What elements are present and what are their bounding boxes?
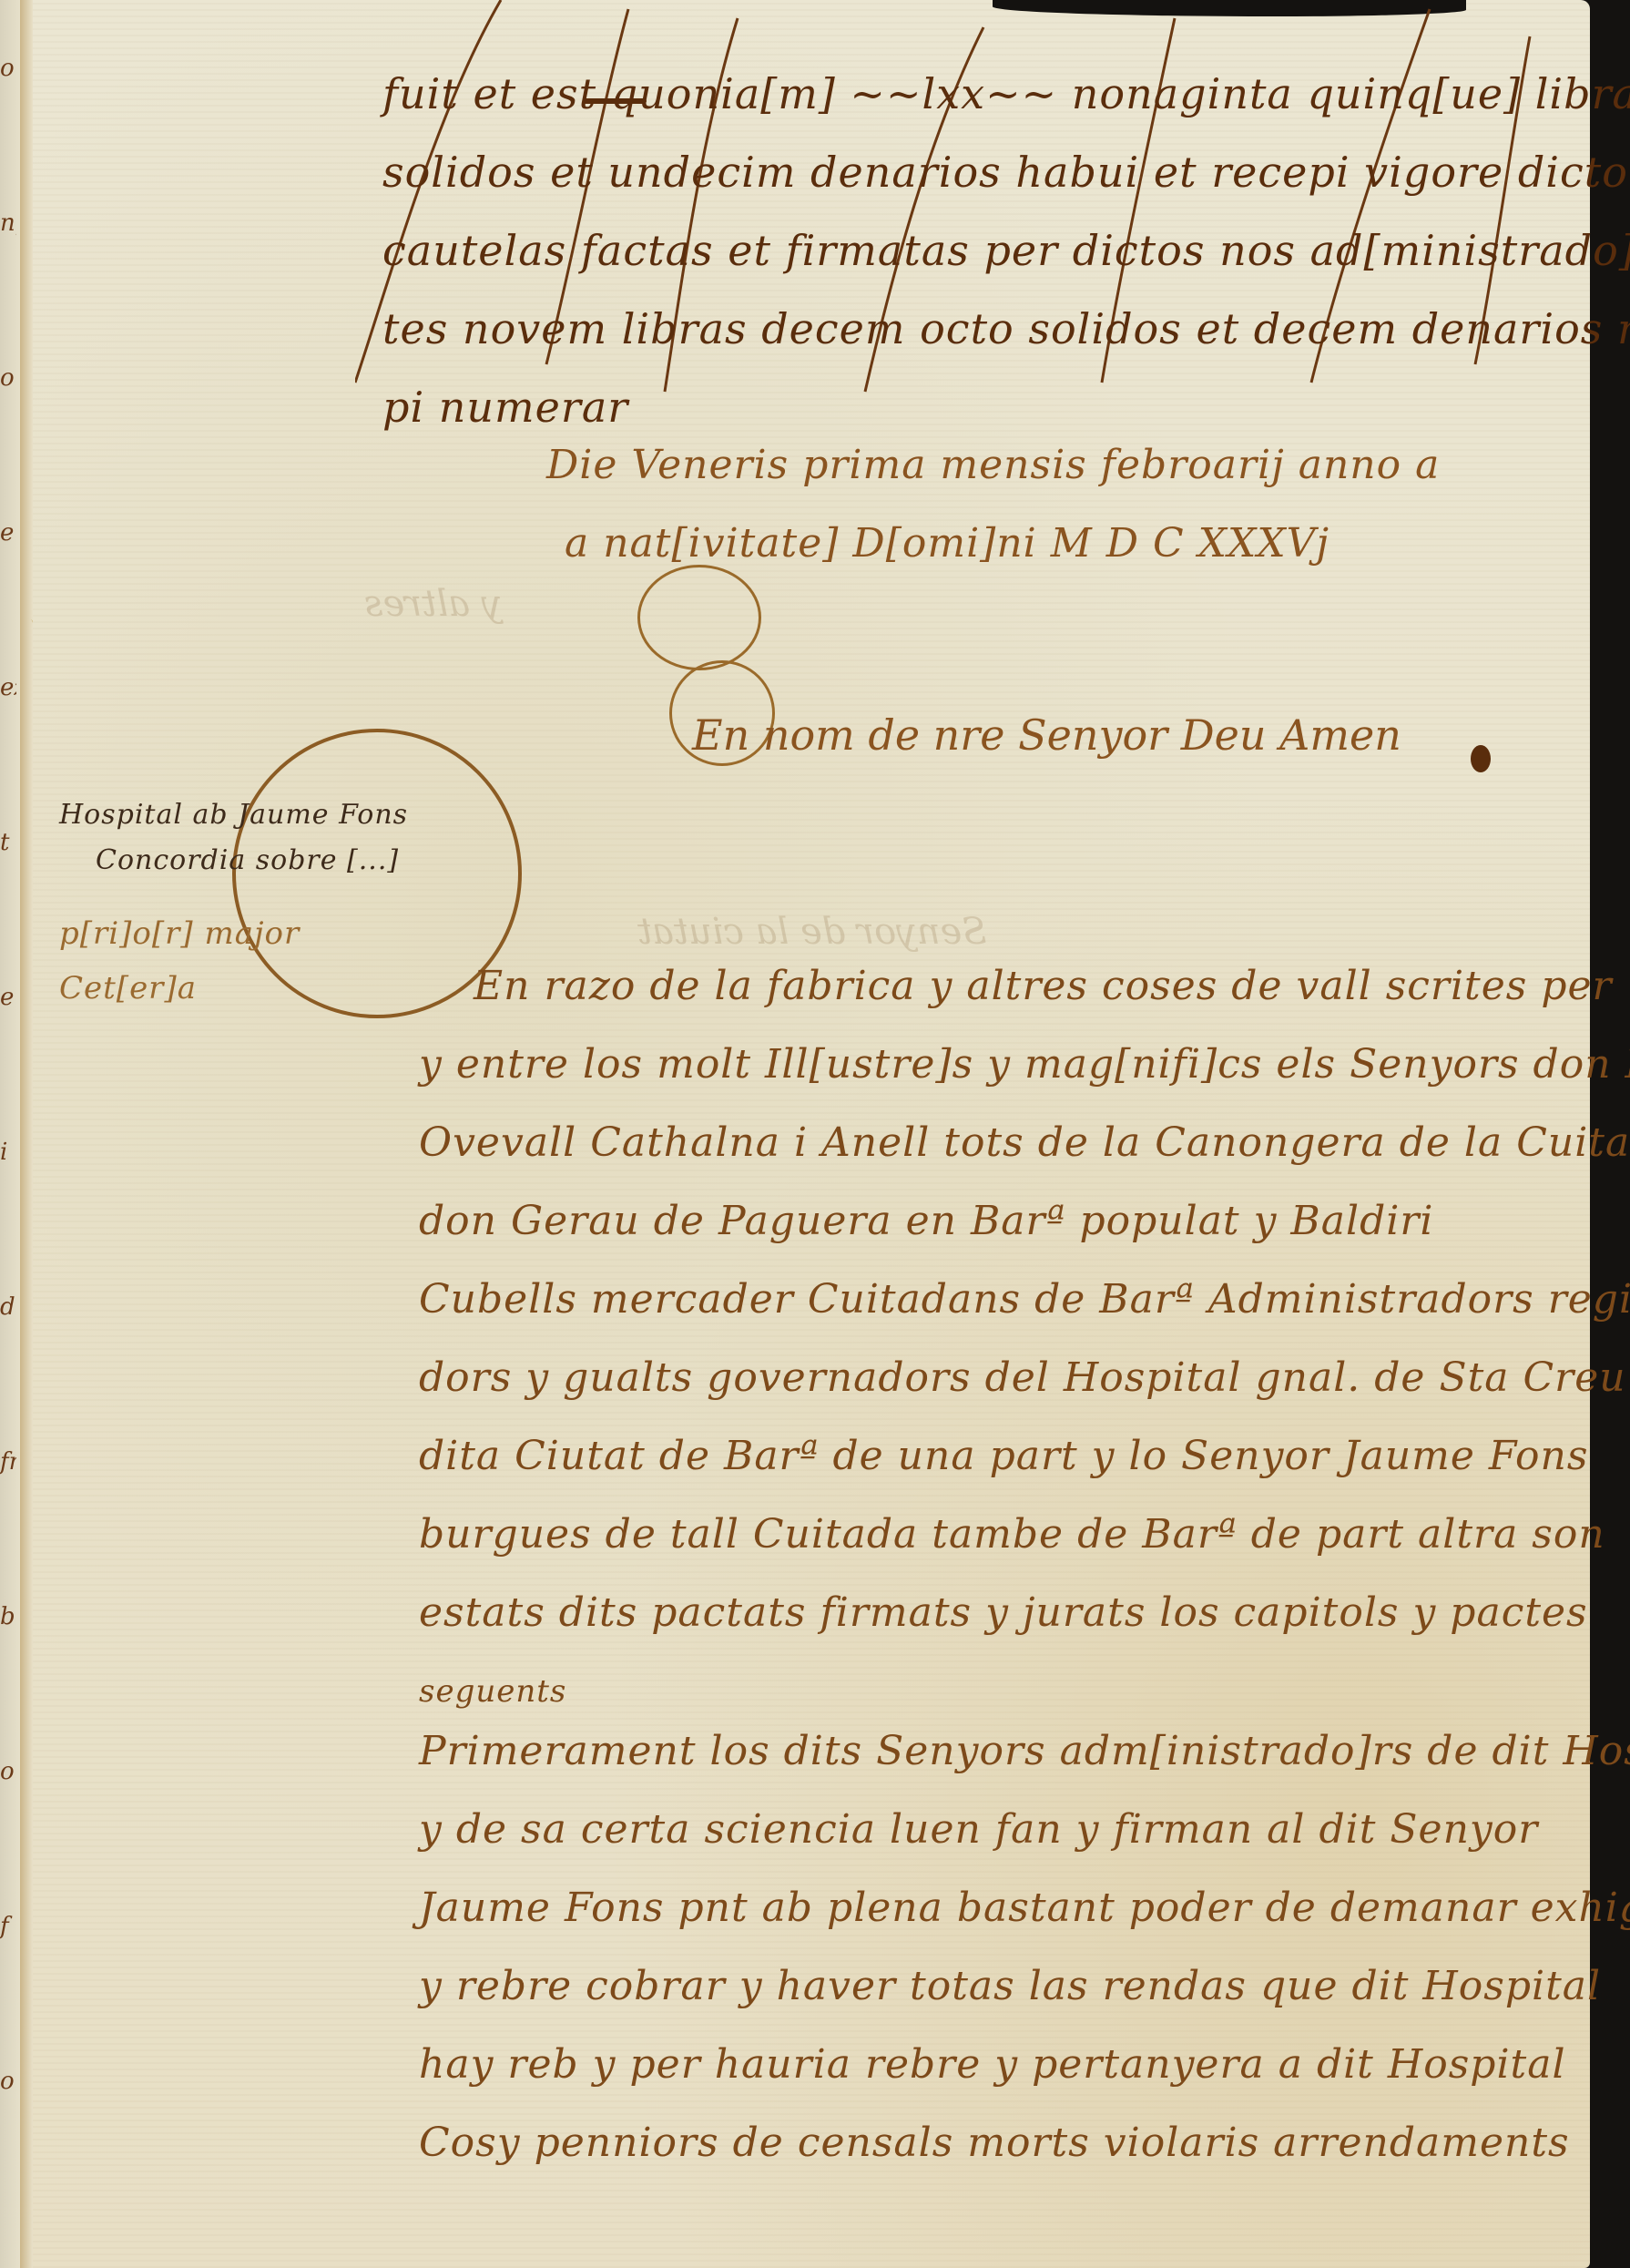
facing-page-fragment: fr bbox=[0, 1448, 16, 1476]
text-line: burgues de tall Cuitada tambe de Barª de… bbox=[419, 1496, 1630, 1574]
date-line: Die Veneris prima mensis febroarij anno … bbox=[546, 426, 1440, 505]
invocation-line: En nom de nre Senyor Deu Amen bbox=[692, 710, 1401, 760]
facing-page-fragment: o bbox=[0, 364, 16, 392]
agreement-body: En razo de la fabrica y altres coses de … bbox=[419, 947, 1630, 1731]
text-line: En razo de la fabrica y altres coses de … bbox=[419, 947, 1630, 1026]
binding-gutter bbox=[20, 0, 33, 2268]
text-line: Jaume Fons pnt ab plena bastant poder de… bbox=[419, 1869, 1630, 1947]
facing-page-fragment: d. bbox=[0, 1293, 16, 1321]
text-line: Primerament los dits Senyors adm[inistra… bbox=[419, 1712, 1630, 1791]
facing-page-fragment: ez bbox=[0, 674, 16, 701]
margin-note-subline: Cet[er]a bbox=[59, 965, 408, 1011]
text-line: fuit et est quonia[m] ~~lxx~~ nonaginta … bbox=[382, 55, 1630, 133]
facing-page-fragment: t bbox=[0, 829, 16, 856]
text-line: don Gerau de Paguera en Barª populat y B… bbox=[419, 1182, 1630, 1261]
bleedthrough-text: y altres bbox=[364, 583, 502, 625]
facing-page-fragment: ng bbox=[0, 209, 16, 237]
facing-page-edge: ongoeezteid.frb.ofo bbox=[0, 0, 22, 2268]
text-line: y rebre cobrar y haver totas las rendas … bbox=[419, 1947, 1630, 2026]
facing-page-fragment: o bbox=[0, 1758, 16, 1785]
struck-word bbox=[583, 98, 647, 104]
facing-page-fragment: o bbox=[0, 55, 16, 82]
ink-blot bbox=[1471, 745, 1491, 772]
margin-note: Hospital ab Jaume Fons Concordia sobre [… bbox=[59, 792, 408, 1011]
text-line: solidos et undecim denarios habui et rec… bbox=[382, 133, 1630, 211]
text-line: tes novem libras decem octo solidos et d… bbox=[382, 290, 1630, 368]
text-line: y de sa certa sciencia luen fan y firman… bbox=[419, 1791, 1630, 1869]
first-article: Primerament los dits Senyors adm[inistra… bbox=[419, 1712, 1630, 2182]
text-line: Ovevall Cathalna i Anell tots de la Cano… bbox=[419, 1104, 1630, 1182]
facing-page-fragment: b. bbox=[0, 1603, 16, 1630]
text-line: Cosy penniors de censals morts violaris … bbox=[419, 2104, 1630, 2182]
margin-note-subline: p[ri]o[r] major bbox=[59, 911, 408, 956]
margin-note-line: Hospital ab Jaume Fons bbox=[59, 792, 408, 838]
decorative-flourish bbox=[637, 565, 761, 670]
text-line: hay reb y per hauria rebre y pertanyera … bbox=[419, 2026, 1630, 2104]
date-heading: Die Veneris prima mensis febroarij anno … bbox=[546, 426, 1440, 583]
text-line: Cubells mercader Cuitadans de Barª Admin… bbox=[419, 1261, 1630, 1339]
text-line: cautelas factas et firmatas per dictos n… bbox=[382, 211, 1630, 290]
facing-page-fragment: e bbox=[0, 984, 16, 1011]
facing-page-fragment: i bbox=[0, 1139, 16, 1166]
facing-page-fragment: f bbox=[0, 1913, 16, 1940]
text-line: dors y gualts governadors del Hospital g… bbox=[419, 1339, 1630, 1417]
facing-page-fragment: o bbox=[0, 2068, 16, 2095]
top-paragraph: fuit et est quonia[m] ~~lxx~~ nonaginta … bbox=[382, 55, 1630, 446]
text-line: y entre los molt Ill[ustre]s y mag[nifi]… bbox=[419, 1026, 1630, 1104]
text-line: estats dits pactats firmats y jurats los… bbox=[419, 1574, 1630, 1652]
facing-page-fragment: e bbox=[0, 519, 16, 547]
margin-note-line: Concordia sobre [...] bbox=[59, 838, 408, 884]
text-line: dita Ciutat de Barª de una part y lo Sen… bbox=[419, 1417, 1630, 1496]
